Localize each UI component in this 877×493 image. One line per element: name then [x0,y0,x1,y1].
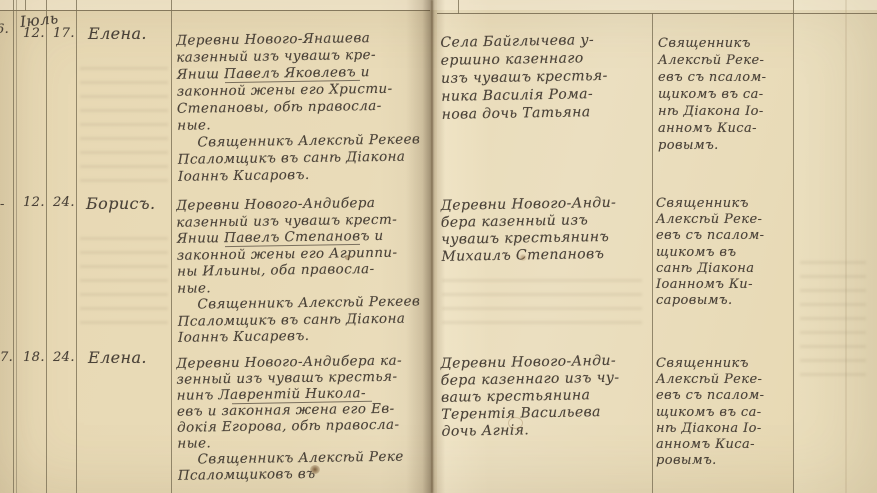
text-line: Іоаннъ Кисаровъ. [178,165,432,186]
header-rule-left [0,10,430,11]
record3-born-day: 18. [23,350,45,365]
column-rule [16,0,17,493]
text-line: Алексѣй Реке- [658,52,798,69]
show-through-text [442,268,642,334]
text-line: евъ съ псалом- [658,69,798,86]
column-rule [76,0,77,493]
ink-stain [345,255,350,260]
header-column-tick [458,0,459,14]
ink-stain [310,465,320,474]
text-line: нѣ Діакона Іо- [658,103,798,120]
column-rule [171,0,172,493]
text-line: щикомъ въ [656,245,796,261]
text-line: Псаломщикъ въ санѣ Діакона [178,310,432,330]
right-margin-blank [793,0,877,493]
header-column-tick [25,0,26,11]
text-line: евъ съ псалом- [656,388,796,404]
text-line: Алексѣй Реке- [656,212,796,228]
ink-stain [519,254,527,261]
text-line: ровымъ. [656,453,796,469]
text-line: Священникъ [656,356,796,372]
show-through-text [800,250,866,380]
record1-officiant-text: Священникъ Алексѣй Реке- евъ съ псалом- … [658,35,798,154]
ink-stain [508,417,523,429]
text-line: Іоаннъ Кисаревъ. [178,326,432,346]
text-line: щикомъ въ са- [658,86,798,103]
record3-parents-text: Деревни Нового-Андибера ка- зенный изъ ч… [176,352,434,484]
record1-baptized-day: 17. [53,26,75,41]
record2-officiant-text: Священникъ Алексѣй Реке- евъ съ псалом- … [656,196,796,309]
show-through-text [80,226,168,334]
text-line: Алексѣй Реке- [656,372,796,388]
record2-baptized-day: 24. [53,195,75,210]
text-line: ровымъ. [658,137,798,154]
header-rule-right [437,13,877,14]
record2-godparents-text: Деревни Нового-Анди- бера казенный изъ ч… [440,194,653,266]
registry-scan-page: Іюль 6. 12. 17. Елена. Деревни Нового-Ян… [0,0,877,493]
text-line: Іоанномъ Ки- [656,277,796,293]
record3-baptized-day: 24. [53,350,75,365]
text-line: анномъ Киса- [656,437,796,453]
column-rule [13,0,14,493]
record3-name: Елена. [88,348,147,367]
paper-streak [845,0,847,493]
record1-parents-text: Деревни Нового-Янашева казенный изъ чува… [176,29,432,186]
text-line: нѣ Діакона Іо- [656,421,796,437]
record2-margin-number: - [0,197,5,212]
record2-name: Борисъ. [86,194,155,213]
record1-name: Елена. [88,24,147,43]
record1-born-day: 12. [23,26,45,41]
record3-margin-number: 7. [0,350,13,365]
record1-godparents-text: Села Байглычева у- ершино казеннаго изъ … [440,30,652,124]
text-line: Священникъ [658,35,798,52]
column-rule [46,0,47,493]
text-line: саровымъ. [656,293,796,309]
text-line: анномъ Киса- [658,120,798,137]
show-through-text [80,56,168,184]
text-line: Псаломщикъ въ санѣ Діакона [178,148,432,169]
text-line: санѣ Діакона [656,261,796,277]
record2-parents-text: Деревни Нового-Андибера казенный изъ чув… [176,194,432,346]
text-line: Священникъ [656,196,796,212]
text-line: евъ съ псалом- [656,228,796,244]
record3-officiant-text: Священникъ Алексѣй Реке- евъ съ псалом- … [656,356,796,469]
record3-godparents-text: Деревни Нового-Анди- бера казеннаго изъ … [440,352,653,441]
record1-margin-number: 6. [0,22,9,37]
text-line: щикомъ въ са- [656,405,796,421]
record2-born-day: 12. [23,195,45,210]
text-line: нова дочь Татьяна [441,102,651,124]
